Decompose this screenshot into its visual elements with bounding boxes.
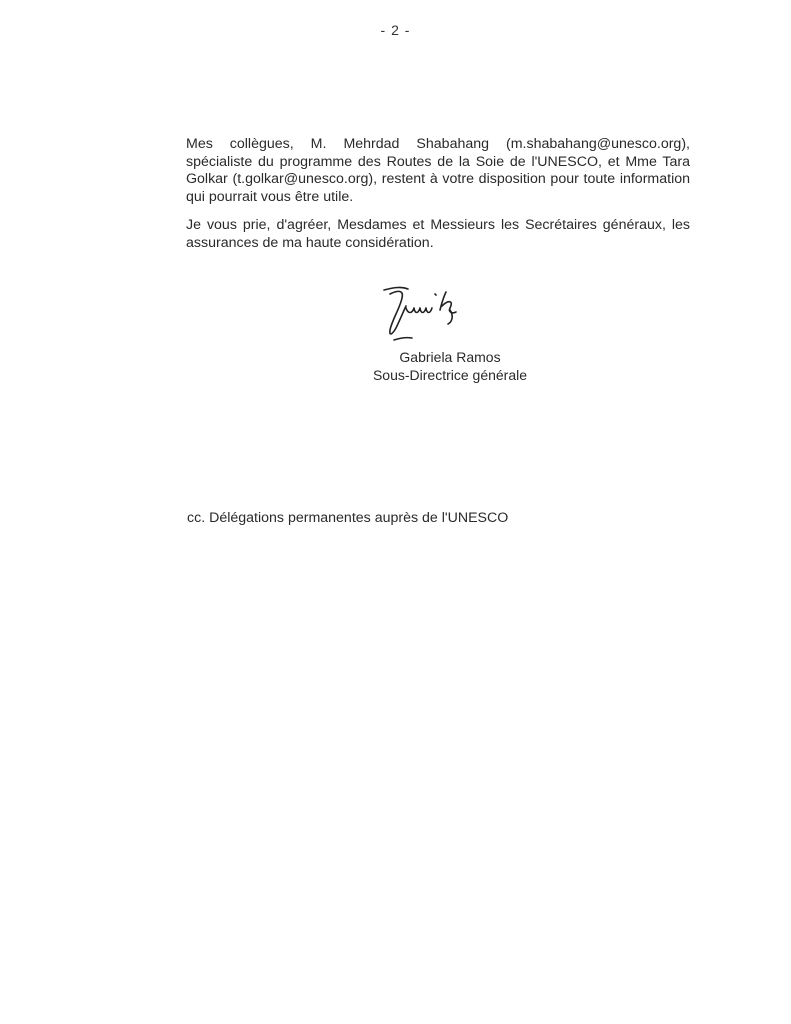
signature-block: Gabriela Ramos Sous-Directrice générale (330, 348, 570, 384)
contact-paragraph: Mes collègues, M. Mehrdad Shabahang (m.s… (186, 136, 690, 206)
signatory-name: Gabriela Ramos (330, 348, 570, 366)
cc-line: cc. Délégations permanentes auprès de l'… (187, 510, 508, 526)
handwritten-signature-icon (378, 280, 488, 350)
page-number: - 2 - (0, 22, 791, 38)
signatory-title: Sous-Directrice générale (330, 366, 570, 384)
closing-paragraph: Je vous prie, d'agréer, Mesdames et Mess… (186, 217, 690, 252)
